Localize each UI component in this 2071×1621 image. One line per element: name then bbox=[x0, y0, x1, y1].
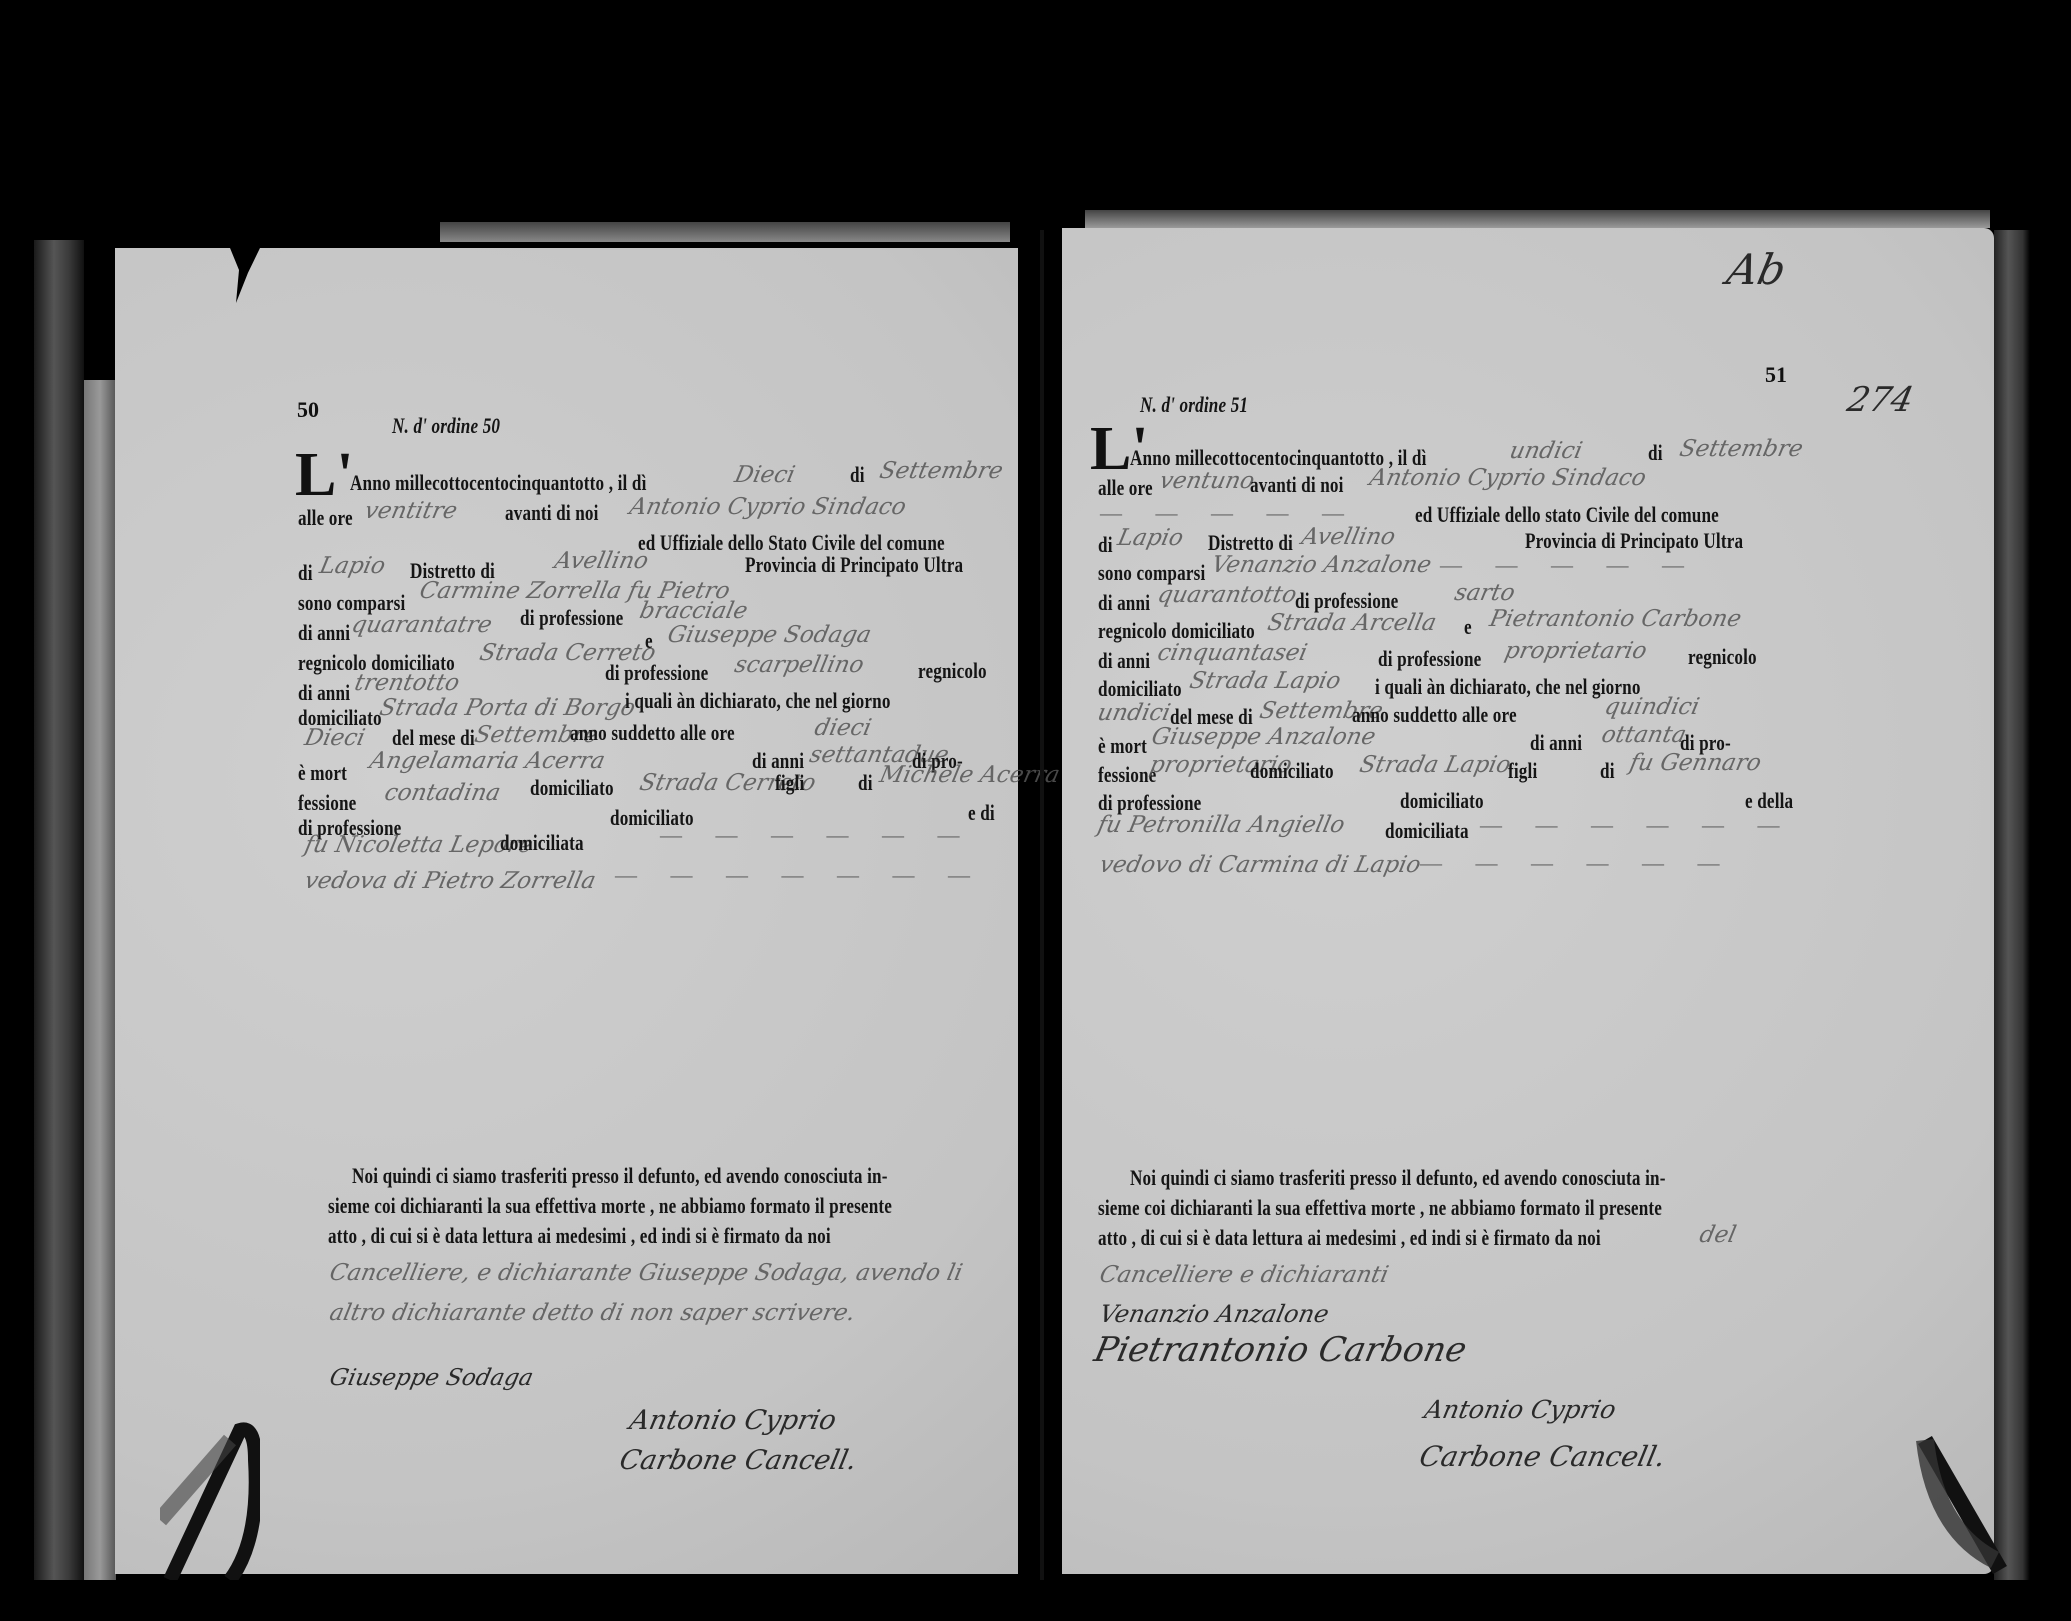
closing-line: sieme coi dichiaranti la sua effettiva m… bbox=[1098, 1195, 1662, 1221]
order-number-left: N. d' ordine 50 bbox=[392, 413, 500, 439]
printed-line: di professione bbox=[520, 605, 623, 631]
handwritten-declarant-2: Pietrantonio Carbone bbox=[1487, 606, 1743, 632]
handwritten-comune: Lapio bbox=[317, 553, 387, 579]
printed-line: di anni bbox=[298, 620, 350, 646]
handwritten-deceased-profession: contadina bbox=[382, 780, 503, 806]
fill-dashes: — — — — — bbox=[1100, 500, 1358, 526]
handwritten-day: Dieci bbox=[732, 462, 797, 488]
signature: Carbone Cancell. bbox=[617, 1445, 860, 1476]
handwritten-closing: del bbox=[1697, 1222, 1738, 1248]
handwritten-declarant-1-profession: bracciale bbox=[637, 598, 750, 624]
fill-dashes: — — — — — — — bbox=[615, 862, 984, 888]
printed-line: ed Uffiziale dello stato Civile del comu… bbox=[1415, 502, 1719, 528]
printed-line: Provincia di Principato Ultra bbox=[745, 552, 963, 578]
printed-line: di bbox=[1098, 532, 1113, 558]
handwritten-death-day: Dieci bbox=[302, 725, 367, 751]
handwritten-comune: Lapio bbox=[1115, 525, 1185, 551]
printed-line: Anno millecottocentocinquantotto , il dì bbox=[350, 470, 647, 496]
page-top-edge-right bbox=[1085, 210, 1990, 228]
printed-line: regnicolo bbox=[1688, 644, 1757, 670]
closing-line: Noi quindi ci siamo trasferiti presso il… bbox=[1130, 1165, 1666, 1191]
signature: Antonio Cyprio bbox=[627, 1405, 839, 1436]
left-page bbox=[115, 248, 1018, 1574]
handwritten-declarant-1-age: quarantotto bbox=[1155, 582, 1299, 608]
page-number-left: 50 bbox=[297, 397, 319, 423]
handwritten-hour: ventitre bbox=[362, 498, 459, 524]
handwritten-declarant-2-residence: Strada Lapio bbox=[1187, 668, 1343, 694]
handwritten-declarant-1-residence: Strada Arcella bbox=[1265, 610, 1439, 636]
handwritten-declarant-2-residence: Strada Porta di Borgo bbox=[377, 695, 637, 721]
page-holder-clip-right bbox=[1905, 1410, 2015, 1580]
printed-line: alle ore bbox=[298, 505, 353, 531]
handwritten-death-hour: quindici bbox=[1602, 694, 1702, 720]
printed-line: regnicolo bbox=[918, 658, 987, 684]
signature: Antonio Cyprio bbox=[1422, 1395, 1619, 1424]
signature: Giuseppe Sodaga bbox=[327, 1365, 535, 1391]
printed-line: domiciliata bbox=[500, 830, 584, 856]
handwritten-district: Avellino bbox=[552, 548, 651, 574]
printed-line: figli bbox=[1508, 758, 1537, 784]
printed-line: i quali àn dichiarato, che nel giorno bbox=[625, 688, 891, 714]
printed-line: domiciliata bbox=[1385, 818, 1469, 844]
page-top-edge-left bbox=[440, 222, 1010, 242]
handwritten-day: undici bbox=[1507, 438, 1584, 464]
closing-line: Noi quindi ci siamo trasferiti presso il… bbox=[352, 1163, 888, 1189]
printed-line: di anni bbox=[298, 680, 350, 706]
page-number-right: 51 bbox=[1765, 362, 1787, 388]
order-number-right: N. d' ordine 51 bbox=[1140, 392, 1248, 418]
book-edge-left bbox=[34, 240, 84, 1580]
fill-dashes: — — — — — — bbox=[1420, 850, 1734, 876]
printed-line: di anni bbox=[1098, 590, 1150, 616]
handwritten-father: Michele Acerra bbox=[877, 762, 1062, 788]
printed-line: di bbox=[858, 770, 873, 796]
handwritten-closing: Cancelliere e dichiaranti bbox=[1097, 1262, 1391, 1288]
printed-line: e bbox=[645, 628, 653, 654]
handwritten-closing: Cancelliere, e dichiarante Giuseppe Soda… bbox=[327, 1260, 965, 1286]
printed-line: avanti di noi bbox=[505, 500, 599, 526]
handwritten-deceased: Giuseppe Anzalone bbox=[1149, 724, 1378, 750]
page-stack-left bbox=[84, 380, 116, 1580]
right-page bbox=[1062, 228, 1994, 1574]
handwritten-month: Settembre bbox=[877, 458, 1005, 484]
handwritten-death-hour: dieci bbox=[812, 715, 873, 741]
handwritten-officer: Antonio Cyprio Sindaco bbox=[627, 494, 908, 520]
printed-line: e della bbox=[1745, 788, 1793, 814]
handwritten-mother: fu Petronilla Angiello bbox=[1095, 812, 1347, 838]
handwritten-declarant-2-age: trentotto bbox=[352, 670, 462, 696]
printed-line: e bbox=[1464, 614, 1472, 640]
handwritten-declarant-1: Venanzio Anzalone bbox=[1209, 552, 1433, 578]
handwritten-month: Settembre bbox=[1677, 436, 1805, 462]
printed-line: domiciliato bbox=[1400, 788, 1484, 814]
corner-mark: Ab bbox=[1723, 245, 1791, 294]
fill-dashes: — — — — — — bbox=[660, 822, 974, 848]
printed-line: di bbox=[1648, 440, 1663, 466]
handwritten-deceased-residence: Strada Lapio bbox=[1357, 752, 1513, 778]
printed-line: di anni bbox=[1098, 648, 1150, 674]
printed-line: fessione bbox=[298, 790, 356, 816]
printed-line: domiciliato bbox=[530, 775, 614, 801]
signature: Carbone Cancell. bbox=[1416, 1440, 1668, 1473]
handwritten-district: Avellino bbox=[1299, 524, 1398, 550]
handwritten-declarant-2-profession: proprietario bbox=[1502, 638, 1649, 664]
printed-line: di anni bbox=[1530, 730, 1582, 756]
printed-line: di professione bbox=[1378, 646, 1481, 672]
handwritten-note: vedova di Pietro Zorrella bbox=[302, 868, 598, 894]
handwritten-declarant-1-profession: sarto bbox=[1452, 580, 1517, 606]
handwritten-closing: altro dichiarante detto di non saper scr… bbox=[327, 1300, 857, 1326]
handwritten-declarant-2-age: cinquantasei bbox=[1155, 640, 1309, 666]
handwritten-declarant-2: Giuseppe Sodaga bbox=[665, 622, 873, 648]
book-gutter bbox=[1040, 230, 1044, 1580]
printed-line: domiciliato bbox=[1250, 758, 1334, 784]
printed-line: avanti di noi bbox=[1250, 472, 1344, 498]
printed-line: è mort bbox=[298, 760, 347, 786]
closing-line: sieme coi dichiaranti la sua effettiva m… bbox=[328, 1193, 892, 1219]
printed-line: Provincia di Principato Ultra bbox=[1525, 528, 1743, 554]
folio-number: 274 bbox=[1844, 380, 1917, 420]
handwritten-hour: ventuno bbox=[1157, 468, 1257, 494]
fill-dashes: — — — — — bbox=[1440, 552, 1698, 578]
printed-line: domiciliato bbox=[1098, 676, 1182, 702]
printed-line: i quali àn dichiarato, che nel giorno bbox=[1375, 674, 1641, 700]
handwritten-deceased: Angelamaria Acerra bbox=[367, 748, 607, 774]
closing-line: atto , di cui si è data lettura ai medes… bbox=[1098, 1225, 1601, 1251]
printed-line: anno suddetto alle ore bbox=[570, 720, 735, 746]
book-edge-right bbox=[1994, 230, 2030, 1580]
printed-line: di bbox=[850, 462, 865, 488]
closing-line: atto , di cui si è data lettura ai medes… bbox=[328, 1223, 831, 1249]
printed-line: di bbox=[298, 560, 313, 586]
fill-dashes: — — — — — — bbox=[1480, 812, 1794, 838]
handwritten-officer: Antonio Cyprio Sindaco bbox=[1367, 465, 1648, 491]
handwritten-declarant-2-profession: scarpellino bbox=[732, 652, 866, 678]
printed-line: alle ore bbox=[1098, 475, 1153, 501]
handwritten-note: vedovo di Carmina di Lapio bbox=[1097, 852, 1423, 878]
handwritten-declarant-1-age: quarantatre bbox=[349, 612, 494, 638]
initial-letter-left: L' bbox=[295, 444, 354, 506]
handwritten-deceased-age: ottanta bbox=[1599, 722, 1688, 748]
page-holder-clip-left bbox=[160, 1420, 260, 1580]
printed-line: è mort bbox=[1098, 733, 1147, 759]
signature: Pietrantonio Carbone bbox=[1091, 1330, 1470, 1370]
printed-line: di professione bbox=[605, 660, 708, 686]
handwritten-father: fu Gennaro bbox=[1627, 750, 1763, 776]
printed-line: di bbox=[1600, 758, 1615, 784]
handwritten-death-day: undici bbox=[1095, 700, 1172, 726]
signature: Venanzio Anzalone bbox=[1097, 1300, 1331, 1328]
printed-line: figli bbox=[775, 770, 804, 796]
